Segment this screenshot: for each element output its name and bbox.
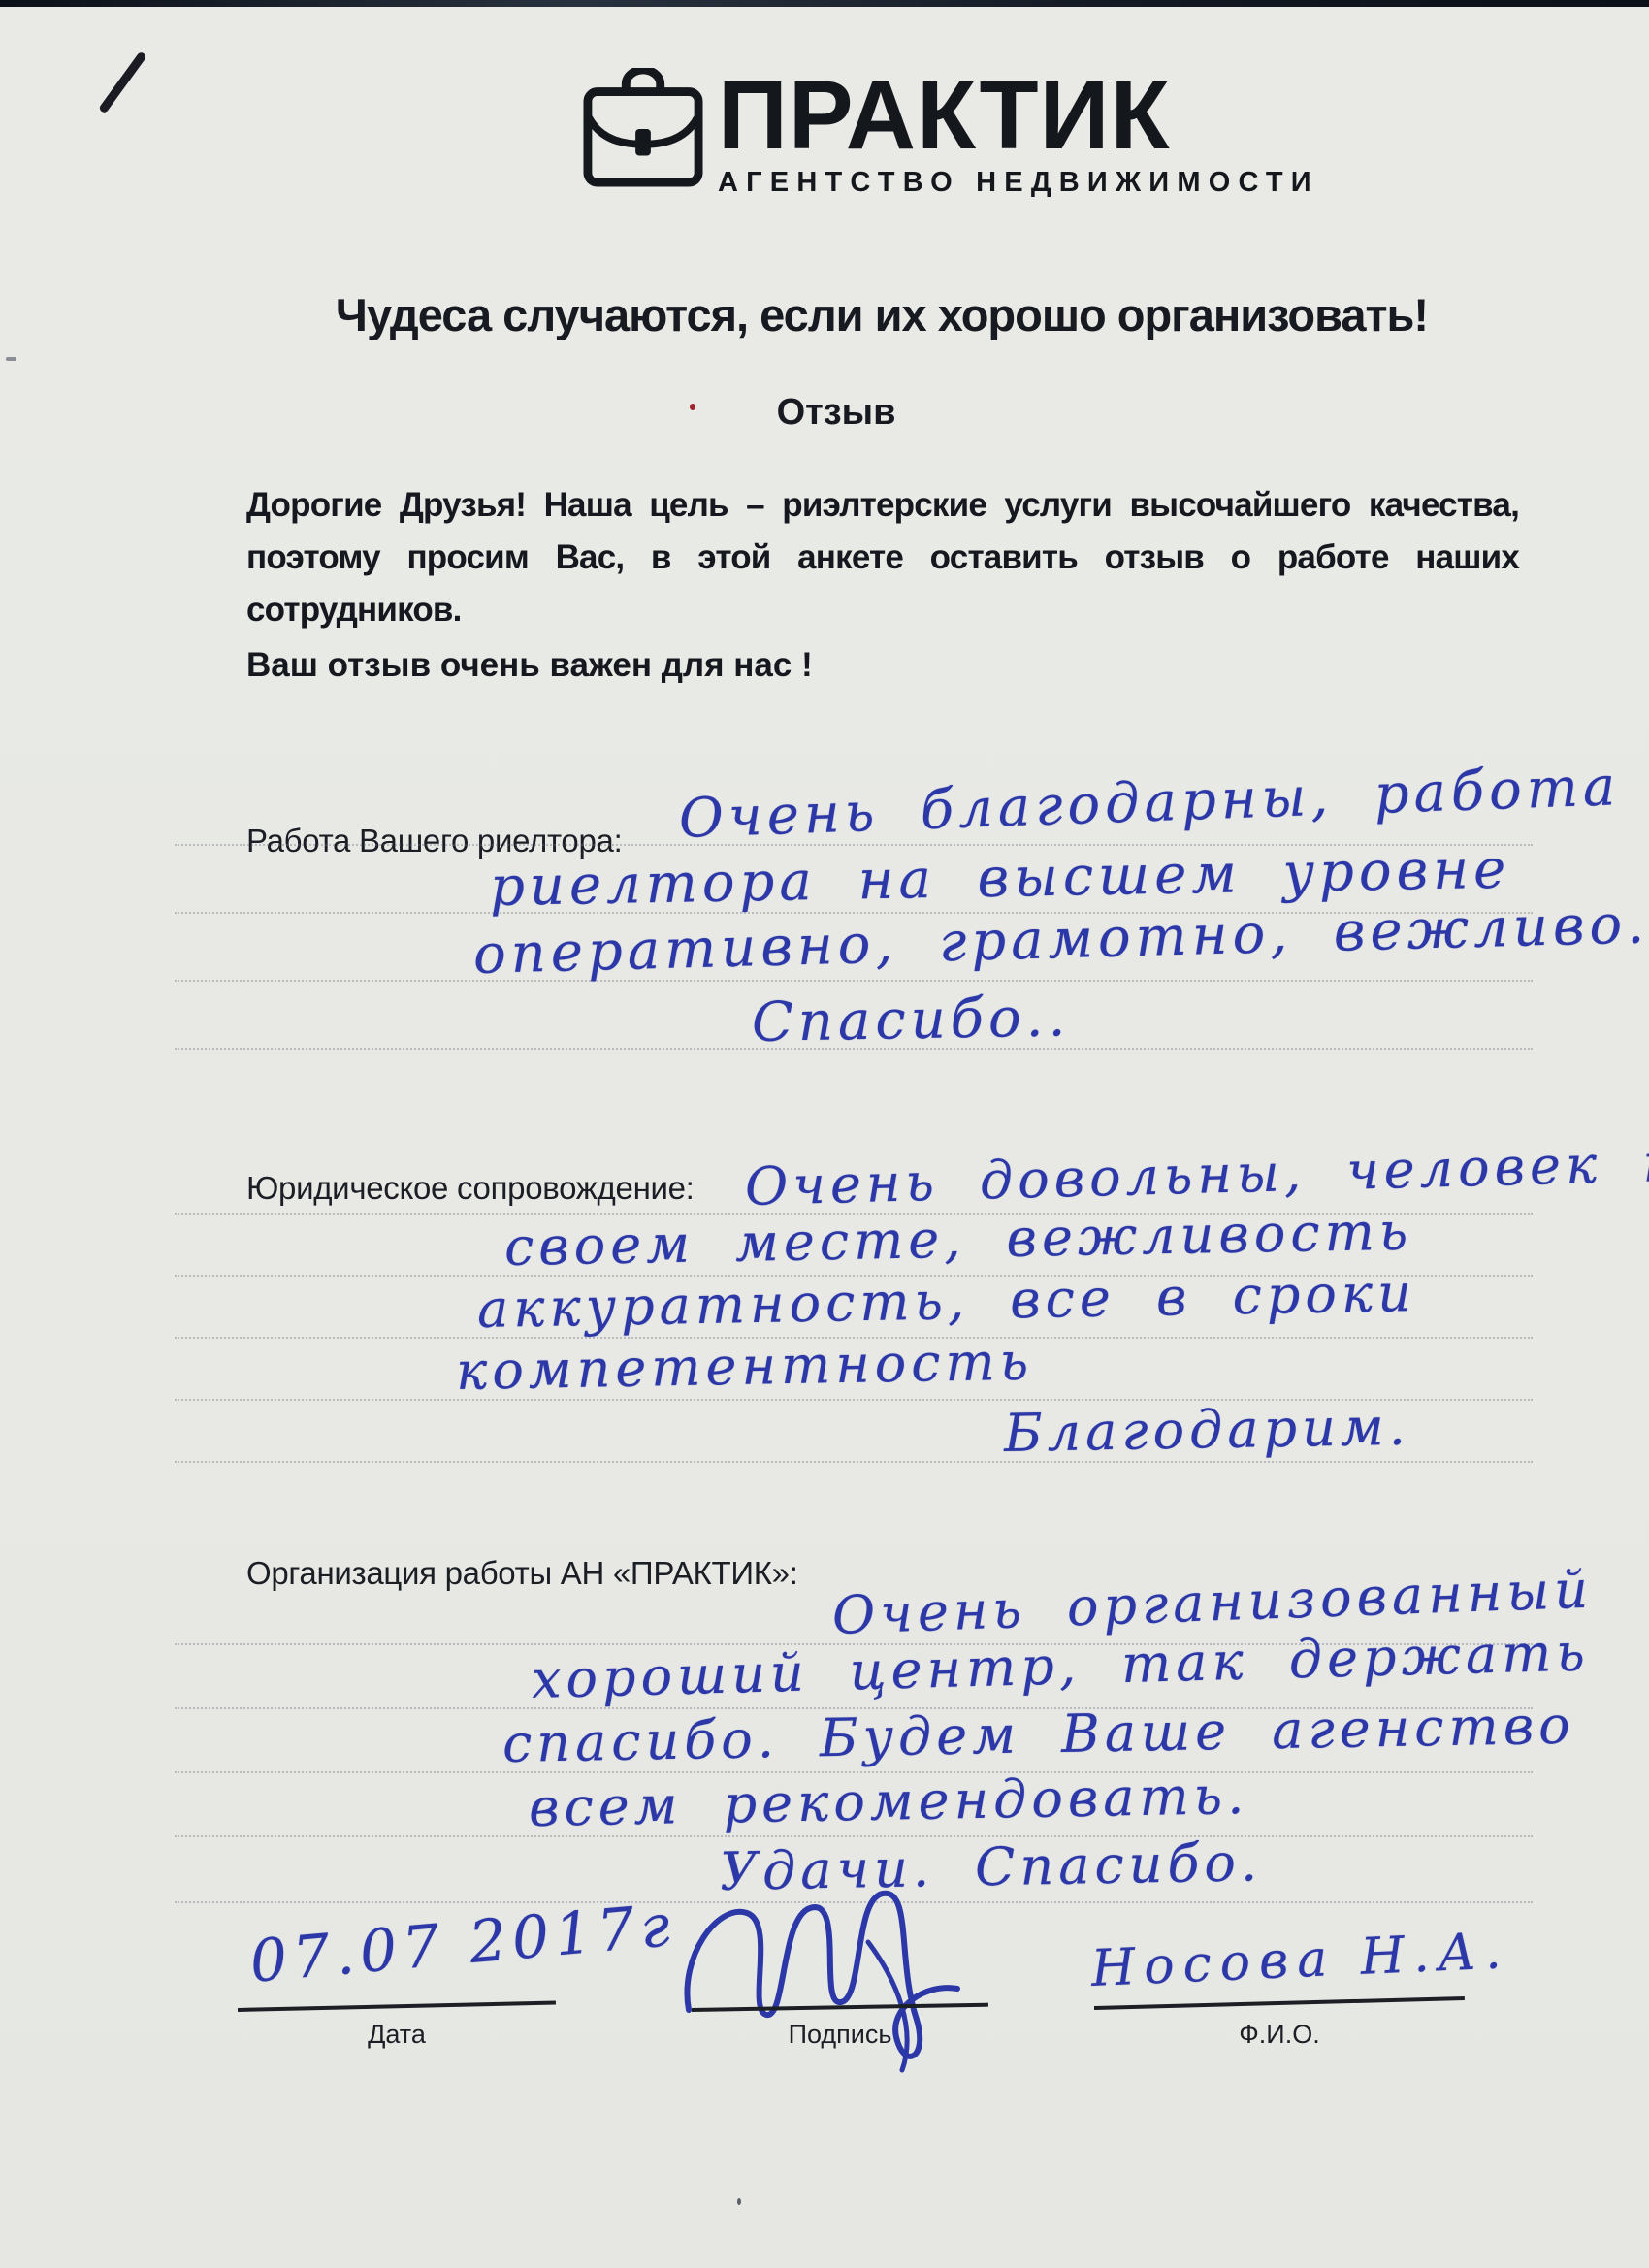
scan-speck (737, 2198, 741, 2205)
scan-edge-strip (0, 0, 1649, 7)
name-line (1094, 1996, 1465, 2010)
ruled-line (175, 980, 1533, 982)
scan-speck (6, 357, 16, 361)
handwriting-line: Спасибо.. (751, 986, 1070, 1054)
pen-mark (98, 50, 147, 113)
agency-logo: ПРАКТИК АГЕНТСТВО НЕДВИЖИМОСТИ (582, 68, 1319, 199)
briefcase-icon (582, 68, 704, 193)
ruled-line (175, 1461, 1533, 1463)
date-line (238, 2001, 556, 2012)
handwritten-name: Носова Н.А. (1090, 1922, 1511, 1998)
section-label-organization: Организация работы АН «ПРАКТИК»: (246, 1555, 798, 1592)
handwriting-line: всем рекомендовать. (528, 1765, 1248, 1838)
ruled-line (175, 1835, 1533, 1837)
headline: Чудеса случаются, если их хорошо организ… (0, 288, 1649, 341)
handwriting-line: Благодарим. (1003, 1396, 1410, 1464)
handwritten-date: 07.07 2017г (247, 1892, 678, 1996)
intro-paragraph: Дорогие Друзья! Наша цель – риэлтерские … (246, 479, 1519, 636)
form-title: Отзыв (0, 392, 1649, 434)
brand-subtitle: АГЕНТСТВО НЕДВИЖИМОСТИ (718, 167, 1319, 199)
section-label-legal: Юридическое сопровождение: (246, 1170, 695, 1207)
handwriting-line: компетентность (455, 1331, 1033, 1402)
note-line: Ваш отзыв очень важен для нас ! (246, 646, 813, 685)
fio-label: Ф.И.О. (1094, 2020, 1465, 2050)
signature-label: Подпись (692, 2020, 988, 2050)
brand-name: ПРАКТИК (718, 68, 1319, 163)
date-label: Дата (238, 2020, 556, 2050)
handwriting-line: Очень благодарны, работа (678, 755, 1621, 851)
scanned-feedback-form: ПРАКТИК АГЕНТСТВО НЕДВИЖИМОСТИ Чудеса сл… (0, 0, 1649, 2268)
